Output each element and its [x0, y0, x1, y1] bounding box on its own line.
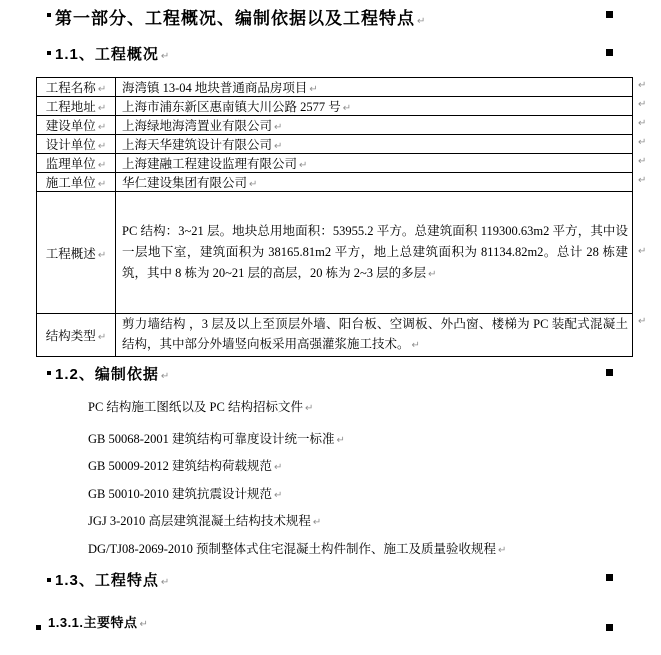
row-end-mark-icon: ↵ [638, 246, 646, 257]
anchor-square-icon [606, 574, 613, 581]
paragraph-mark-icon: ↵ [412, 340, 420, 351]
row-value: 剪力墙结构 ，3 层及以上至顶层外墙、阳台板、空调板、外凸窗、楼梯为 PC 装配… [116, 314, 633, 357]
paragraph-mark-icon: ↵ [428, 269, 436, 280]
row-value-text: PC 结构：3~21 层。地块总用地面积：53955.2 平方。总建筑面积 11… [122, 224, 628, 280]
paragraph-mark-icon: ↵ [98, 179, 106, 190]
paragraph-mark-icon: ↵ [309, 84, 317, 95]
table-row: 施工单位↵ 华仁建设集团有限公司↵ [37, 173, 633, 192]
row-label: 工程地址↵ [37, 97, 116, 116]
row-label-text: 设计单位 [46, 138, 96, 152]
row-end-mark-icon: ↵ [638, 118, 646, 129]
paragraph-mark-icon: ↵ [498, 545, 506, 556]
row-value: 上海绿地海湾置业有限公司↵ [116, 116, 633, 135]
paragraph-mark-icon: ↵ [98, 141, 106, 152]
row-label: 工程概述↵ [37, 192, 116, 314]
section-heading-text: 1.3、工程特点 [55, 572, 159, 589]
reference-text: DG/TJ08-2069-2010 预制整体式住宅混凝土构件制作、施工及质量验收… [88, 542, 496, 556]
row-label: 工程名称↵ [37, 78, 116, 97]
paragraph-mark-icon: ↵ [417, 16, 426, 27]
table-row: 工程地址↵ 上海市浦东新区惠南镇大川公路 2577 号↵ [37, 97, 633, 116]
row-end-mark-icon: ↵ [638, 316, 646, 327]
row-end-mark-icon: ↵ [638, 156, 646, 167]
reference-item: GB 50009-2012 建筑结构荷载规范↵ [88, 456, 282, 474]
row-label: 结构类型↵ [37, 314, 116, 357]
heading-bullet-icon [36, 625, 41, 630]
anchor-square-icon [606, 624, 613, 631]
row-value: 海湾镇 13-04 地块普通商品房项目↵ [116, 78, 633, 97]
paragraph-mark-icon: ↵ [98, 122, 106, 133]
paragraph-mark-icon: ↵ [98, 160, 106, 171]
row-label: 建设单位↵ [37, 116, 116, 135]
row-value-text: 华仁建设集团有限公司 [122, 176, 247, 190]
row-value-text: 上海绿地海湾置业有限公司 [122, 119, 272, 133]
paragraph-mark-icon: ↵ [274, 141, 282, 152]
row-label: 监理单位↵ [37, 154, 116, 173]
row-value-text: 上海天华建筑设计有限公司 [122, 138, 272, 152]
paragraph-mark-icon: ↵ [140, 619, 149, 630]
heading-bullet-icon [47, 13, 51, 17]
paragraph-mark-icon: ↵ [161, 51, 170, 62]
reference-text: JGJ 3-2010 高层建筑混凝土结构技术规程 [88, 514, 311, 528]
paragraph-mark-icon: ↵ [299, 160, 307, 171]
section-heading-1-2: 1.2、编制依据↵ [55, 363, 170, 384]
paragraph-mark-icon: ↵ [274, 462, 282, 473]
anchor-square-icon [606, 49, 613, 56]
document-page: 第一部分、工程概况、编制依据以及工程特点↵ 1.1、工程概况↵ 工程名称↵ 海湾… [0, 0, 661, 655]
part-title-text: 第一部分、工程概况、编制依据以及工程特点 [55, 9, 415, 28]
section-heading-1-3: 1.3、工程特点↵ [55, 569, 170, 590]
row-value-text: 上海建融工程建设监理有限公司 [122, 157, 297, 171]
part-title: 第一部分、工程概况、编制依据以及工程特点↵ [55, 4, 426, 29]
section-heading-text: 1.2、编制依据 [55, 366, 159, 383]
table-row: 工程名称↵ 海湾镇 13-04 地块普通商品房项目↵ [37, 78, 633, 97]
section-heading-text: 1.1、工程概况 [55, 46, 159, 63]
heading-bullet-icon [47, 578, 51, 582]
paragraph-mark-icon: ↵ [274, 490, 282, 501]
row-label: 施工单位↵ [37, 173, 116, 192]
paragraph-mark-icon: ↵ [343, 103, 351, 114]
reference-item: GB 50068-2001 建筑结构可靠度设计统一标准↵ [88, 429, 345, 447]
table-row: 工程概述↵ PC 结构：3~21 层。地块总用地面积：53955.2 平方。总建… [37, 192, 633, 314]
row-label-text: 建设单位 [46, 119, 96, 133]
row-label: 设计单位↵ [37, 135, 116, 154]
row-end-mark-icon: ↵ [638, 175, 646, 186]
paragraph-mark-icon: ↵ [274, 122, 282, 133]
row-value: 上海建融工程建设监理有限公司↵ [116, 154, 633, 173]
row-label-text: 施工单位 [46, 176, 96, 190]
heading-bullet-icon [47, 51, 51, 55]
paragraph-mark-icon: ↵ [313, 517, 321, 528]
row-value: 上海天华建筑设计有限公司↵ [116, 135, 633, 154]
row-label-text: 工程名称 [46, 81, 96, 95]
reference-item: PC 结构施工图纸以及 PC 结构招标文件↵ [88, 397, 313, 415]
section-heading-1-1: 1.1、工程概况↵ [55, 43, 170, 64]
reference-text: GB 50068-2001 建筑结构可靠度设计统一标准 [88, 432, 335, 446]
paragraph-mark-icon: ↵ [161, 577, 170, 588]
row-end-mark-icon: ↵ [638, 80, 646, 91]
row-label-text: 工程地址 [46, 100, 96, 114]
section-heading-1-3-1: 1.3.1.主要特点↵ [48, 612, 148, 631]
anchor-square-icon [606, 369, 613, 376]
section-heading-text: 1.3.1.主要特点 [48, 615, 138, 630]
paragraph-mark-icon: ↵ [305, 403, 313, 414]
row-value: 华仁建设集团有限公司↵ [116, 173, 633, 192]
row-value: 上海市浦东新区惠南镇大川公路 2577 号↵ [116, 97, 633, 116]
anchor-square-icon [606, 11, 613, 18]
row-label-text: 工程概述 [46, 247, 96, 261]
table-row: 结构类型↵ 剪力墙结构 ，3 层及以上至顶层外墙、阳台板、空调板、外凸窗、楼梯为… [37, 314, 633, 357]
row-end-mark-icon: ↵ [638, 137, 646, 148]
row-value: PC 结构：3~21 层。地块总用地面积：53955.2 平方。总建筑面积 11… [116, 192, 633, 314]
row-value-text: 海湾镇 13-04 地块普通商品房项目 [122, 81, 307, 95]
reference-item: JGJ 3-2010 高层建筑混凝土结构技术规程↵ [88, 511, 321, 529]
paragraph-mark-icon: ↵ [98, 84, 106, 95]
reference-text: GB 50010-2010 建筑抗震设计规范 [88, 487, 272, 501]
project-info-table: 工程名称↵ 海湾镇 13-04 地块普通商品房项目↵ 工程地址↵ 上海市浦东新区… [36, 77, 633, 357]
table-row: 监理单位↵ 上海建融工程建设监理有限公司↵ [37, 154, 633, 173]
heading-bullet-icon [47, 371, 51, 375]
table-row: 设计单位↵ 上海天华建筑设计有限公司↵ [37, 135, 633, 154]
paragraph-mark-icon: ↵ [98, 103, 106, 114]
row-value-text: 上海市浦东新区惠南镇大川公路 2577 号 [122, 100, 341, 114]
table-row: 建设单位↵ 上海绿地海湾置业有限公司↵ [37, 116, 633, 135]
row-end-mark-icon: ↵ [638, 99, 646, 110]
row-value-text: 剪力墙结构 ，3 层及以上至顶层外墙、阳台板、空调板、外凸窗、楼梯为 PC 装配… [122, 317, 628, 351]
reference-text: PC 结构施工图纸以及 PC 结构招标文件 [88, 400, 303, 414]
paragraph-mark-icon: ↵ [337, 435, 345, 446]
row-label-text: 结构类型 [46, 329, 96, 343]
paragraph-mark-icon: ↵ [98, 332, 106, 343]
reference-item: GB 50010-2010 建筑抗震设计规范↵ [88, 484, 282, 502]
row-label-text: 监理单位 [46, 157, 96, 171]
reference-text: GB 50009-2012 建筑结构荷载规范 [88, 459, 272, 473]
paragraph-mark-icon: ↵ [98, 250, 106, 261]
paragraph-mark-icon: ↵ [249, 179, 257, 190]
paragraph-mark-icon: ↵ [161, 371, 170, 382]
reference-item: DG/TJ08-2069-2010 预制整体式住宅混凝土构件制作、施工及质量验收… [88, 539, 506, 557]
